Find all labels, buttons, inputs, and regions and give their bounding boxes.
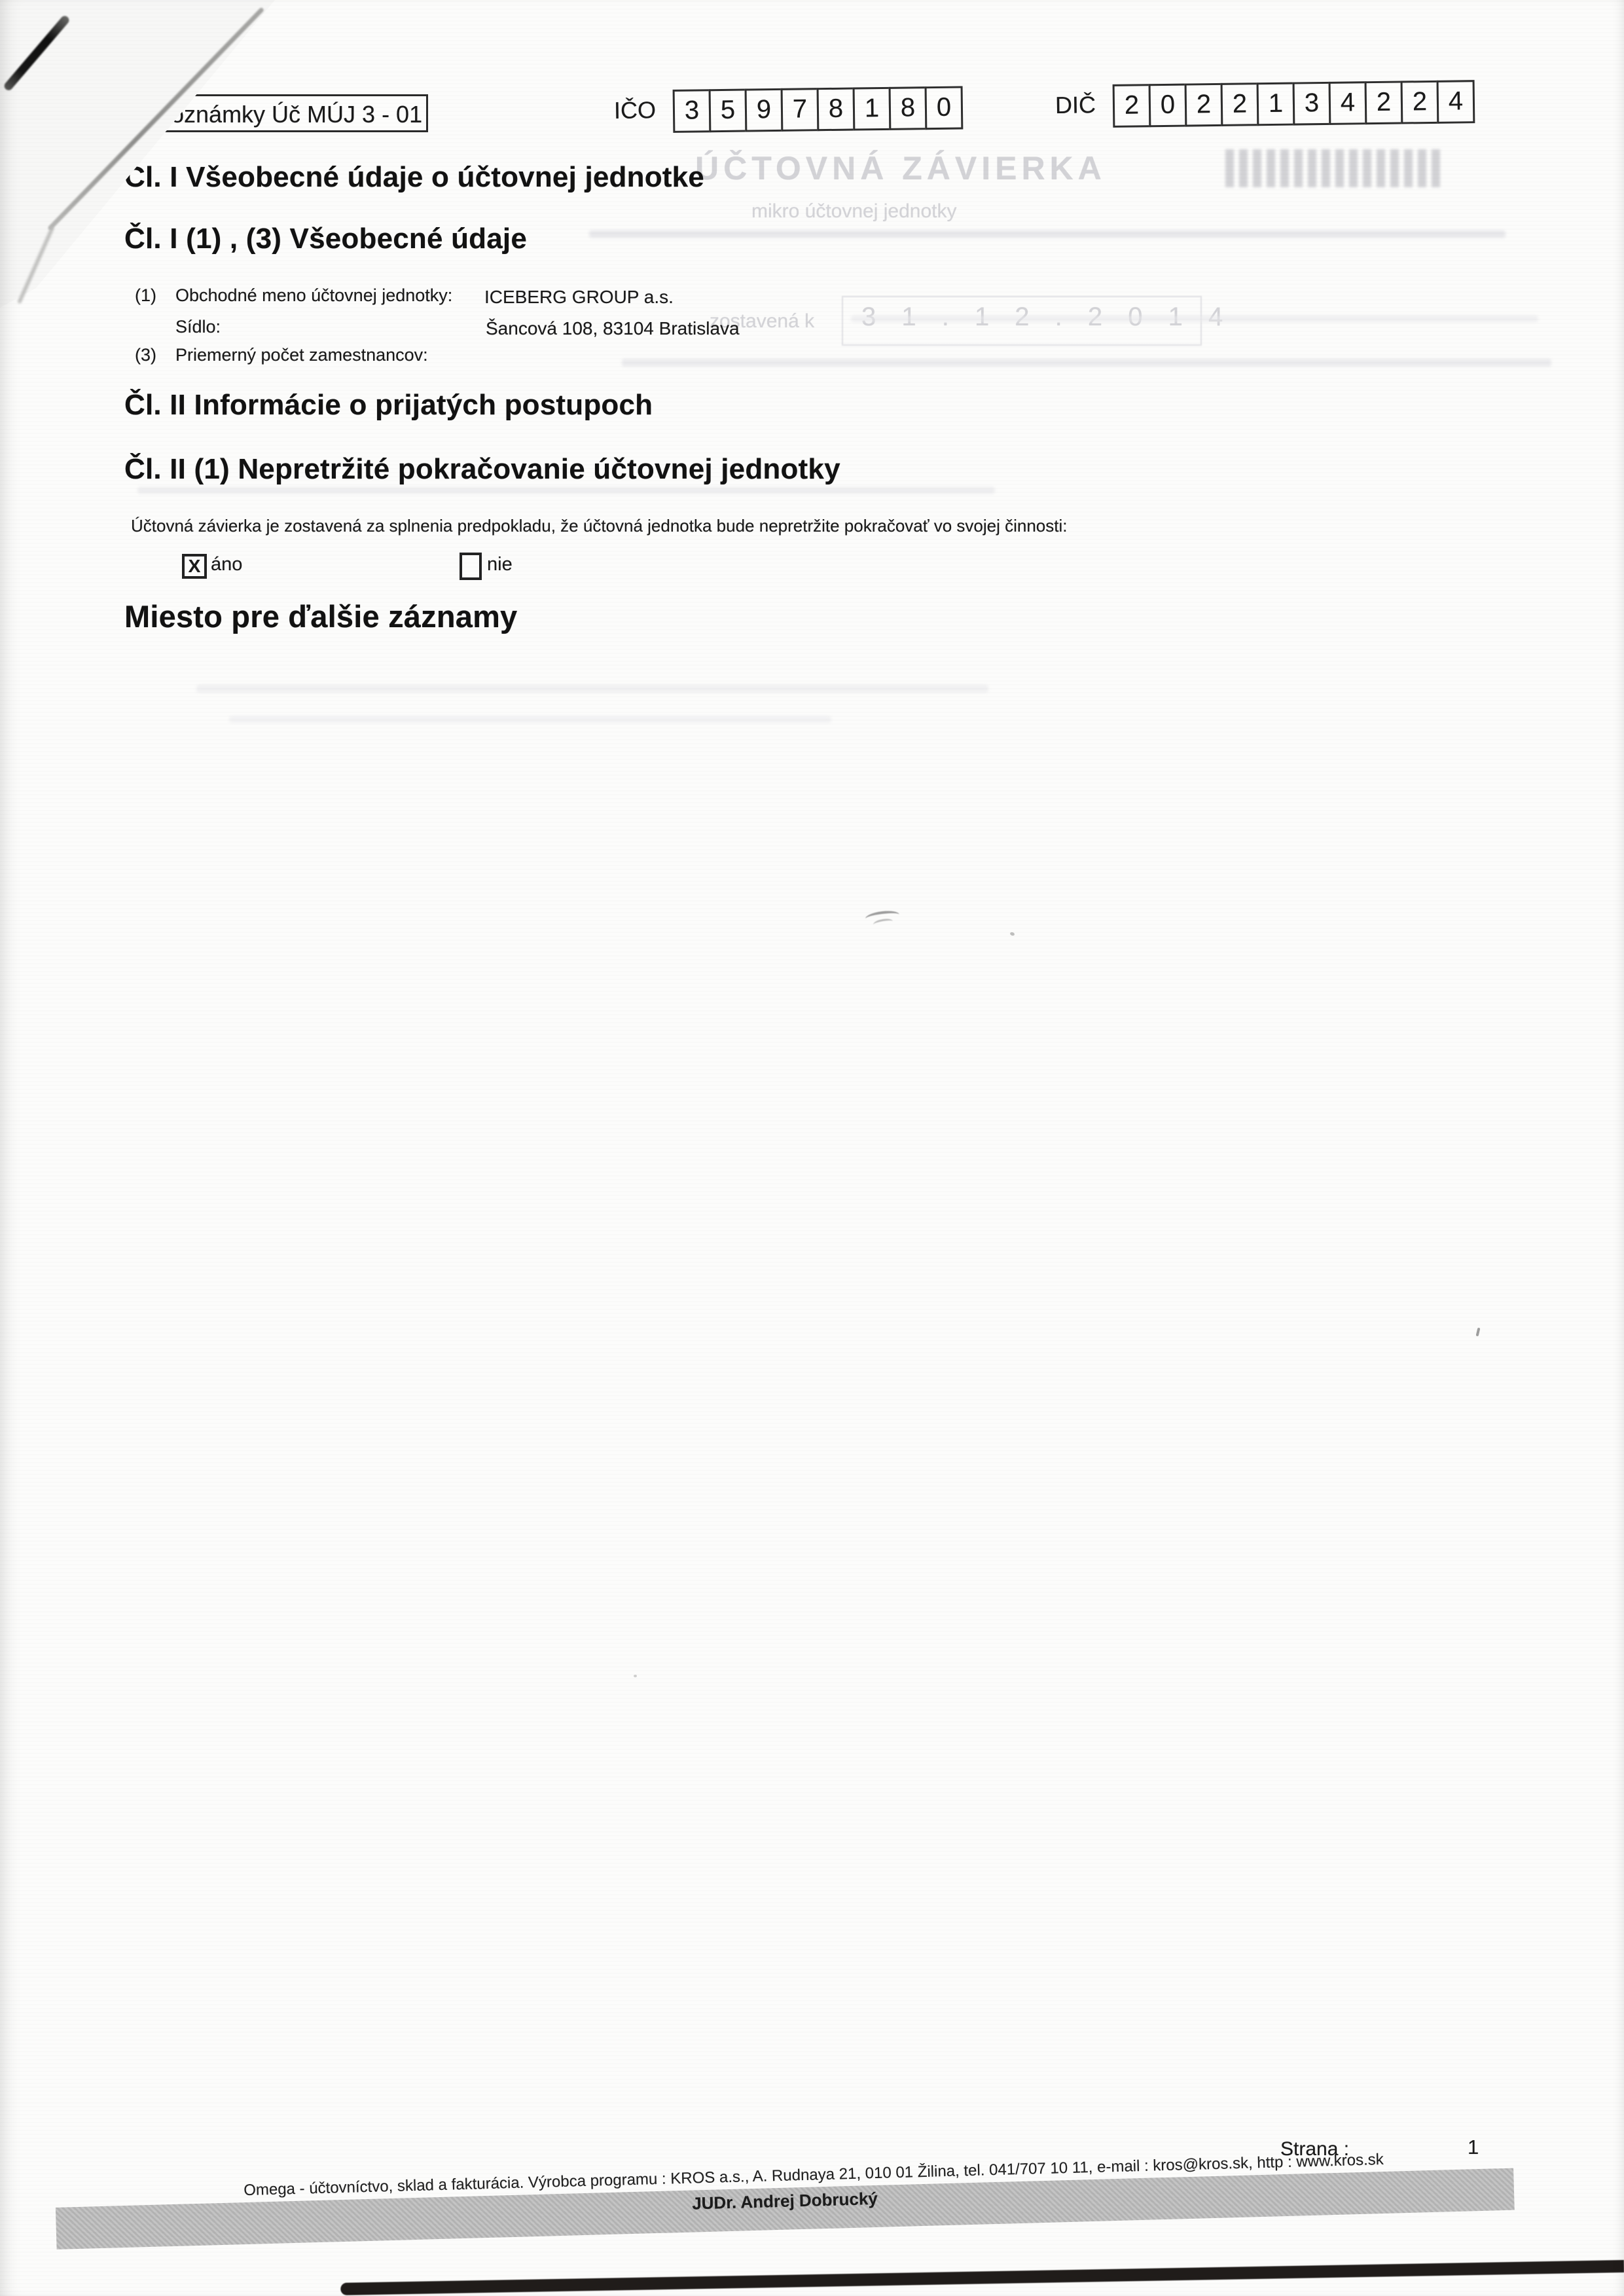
- scan-speck: [1009, 932, 1015, 936]
- dic-digit-cell: 0: [1149, 84, 1187, 128]
- dic-digit-cell: 2: [1113, 84, 1151, 128]
- section-1-subheading: Čl. I (1) , (3) Všeobecné údaje: [124, 223, 527, 255]
- ico-digit-cell: 3: [673, 89, 712, 133]
- dic-digit-cell: 2: [1401, 81, 1439, 124]
- ghost-text-bar: [229, 716, 831, 723]
- checkbox-yes: X: [182, 554, 207, 579]
- notes-heading: Miesto pre ďalšie záznamy: [124, 598, 517, 634]
- dic-digit-cell: 2: [1221, 82, 1259, 126]
- ico-digit-cell: 1: [853, 87, 892, 131]
- dic-label: DIČ: [1055, 84, 1096, 126]
- ghost-text-bar: [589, 230, 1506, 238]
- scanned-document-page: ÚČTOVNÁ ZÁVIERKA mikro účtovnej jednotky…: [0, 0, 1624, 2296]
- ico-digit-cell: 8: [817, 88, 856, 132]
- section-1-heading: Čl. I Všeobecné údaje o účtovnej jednotk…: [124, 161, 704, 194]
- field-1-number: (1): [135, 285, 156, 306]
- dic-digit-cell: 2: [1365, 81, 1403, 125]
- field-2-value: Šancová 108, 83104 Bratislava: [486, 318, 740, 339]
- ico-digit-cell: 5: [709, 89, 748, 133]
- scan-speck: [634, 1675, 637, 1677]
- scan-bottom-edge: [340, 2260, 1624, 2295]
- continuity-statement: Účtovná závierka je zostavená za splneni…: [131, 516, 1067, 536]
- ico-label: IČO: [614, 90, 657, 131]
- checkbox-no-label: nie: [487, 554, 513, 575]
- dic-digit-cell: 4: [1437, 80, 1475, 124]
- ico-digit-cell: 9: [745, 88, 784, 132]
- ghost-text-bar: [137, 487, 995, 494]
- checkbox-no: [460, 553, 482, 580]
- ico-digit-cell: 8: [889, 86, 928, 130]
- ghost-smudge-bleed: [1225, 149, 1445, 187]
- signature-name: JUDr. Andrej Dobrucký: [692, 2189, 878, 2214]
- ghost-subtitle-bleed: mikro účtovnej jednotky: [751, 200, 956, 223]
- section-2-subheading: Čl. II (1) Nepretržité pokračovanie účto…: [124, 453, 840, 486]
- field-3-number: (3): [135, 345, 156, 365]
- ico-digit-cell: 7: [781, 88, 820, 132]
- ghost-text-bar: [851, 316, 1538, 322]
- dic-digit-cell: 3: [1293, 82, 1331, 126]
- page-number: 1: [1468, 2136, 1479, 2159]
- checkbox-yes-label: áno: [211, 554, 242, 575]
- scan-speck: [1476, 1328, 1481, 1337]
- ico-digit-cell: 0: [925, 86, 964, 130]
- dic-digit-cell: 2: [1185, 83, 1223, 127]
- ico-digit-grid: 3 5 9 7 8 1 8 0: [673, 86, 964, 132]
- dic-digit-cell: 1: [1257, 82, 1295, 126]
- footer-band: Omega - účtovníctvo, sklad a fakturácia.…: [52, 2147, 1518, 2187]
- dic-digit-grid: 2 0 2 2 1 3 4 2 2 4: [1113, 80, 1475, 128]
- ghost-text-bar: [622, 359, 1551, 367]
- section-2-heading: Čl. II Informácie o prijatých postupoch: [124, 389, 653, 422]
- ghost-title-bleed: ÚČTOVNÁ ZÁVIERKA: [695, 149, 1106, 187]
- ico-group: IČO 3 5 9 7 8 1 8 0: [614, 86, 964, 134]
- field-2-label: Sídlo:: [175, 317, 221, 337]
- field-1-value: ICEBERG GROUP a.s.: [484, 287, 674, 308]
- field-1-label: Obchodné meno účtovnej jednotky:: [175, 285, 452, 306]
- ghost-text-bar: [196, 685, 988, 693]
- dic-digit-cell: 4: [1329, 81, 1367, 125]
- dic-group: DIČ 2 0 2 2 1 3 4 2 2 4: [1055, 80, 1475, 128]
- field-3-label: Priemerný počet zamestnancov:: [175, 345, 428, 365]
